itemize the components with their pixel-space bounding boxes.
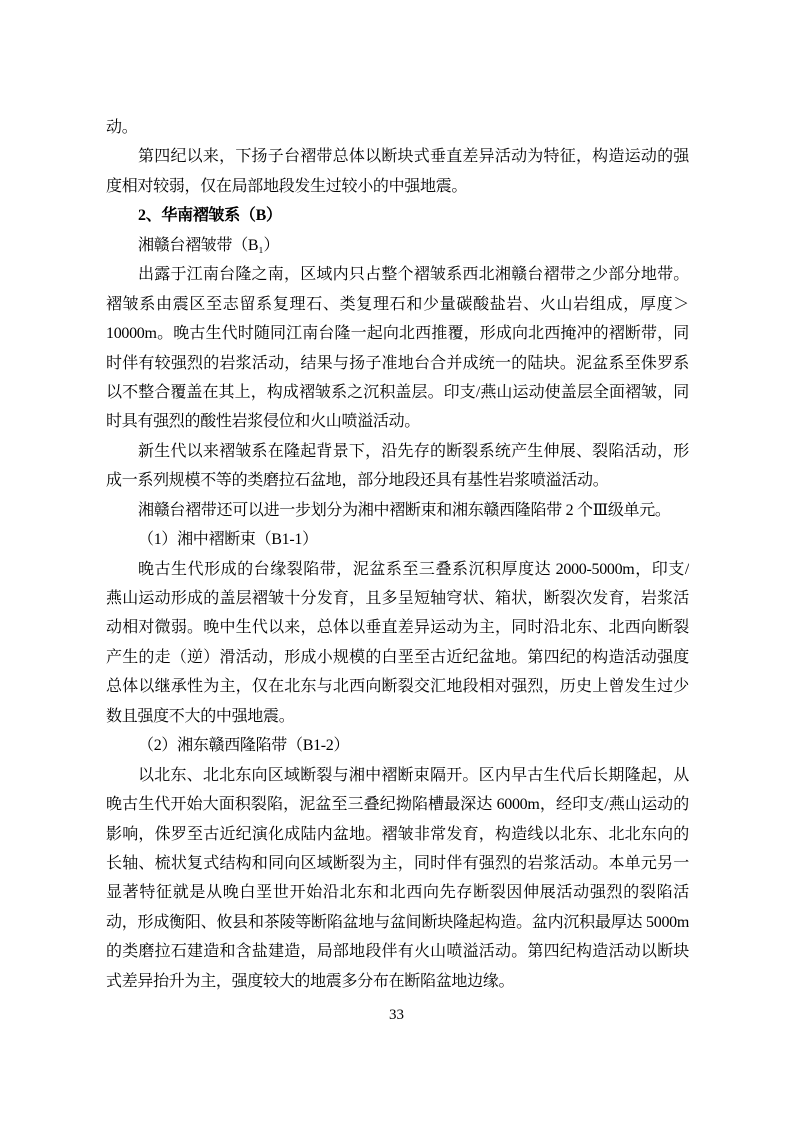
paragraph-p4: 出露于江南台隆之南，区域内只占整个褶皱系西北湘赣台褶带之少部分地带。褶皱系由震区…: [106, 260, 689, 437]
text-line: 湘赣台褶皱带（B₁）: [106, 231, 689, 260]
page-body-text: 动。第四纪以来，下扬子台褶带总体以断块式垂直差异活动为特征，构造运动的强度相对较…: [106, 113, 689, 996]
text-line: 动相对微弱。晚中生代以来，总体以垂直差异运动为主，同时沿北东、北西向断裂: [106, 613, 689, 642]
document-page: 动。第四纪以来，下扬子台褶带总体以断块式垂直差异活动为特征，构造运动的强度相对较…: [0, 0, 793, 1122]
text-line: 第四纪以来，下扬子台褶带总体以断块式垂直差异活动为特征，构造运动的强: [106, 142, 689, 171]
text-line: 数且强度不大的中强地震。: [106, 702, 689, 731]
text-line: 成一系列规模不等的类磨拉石盆地，部分地段还具有基性岩浆喷溢活动。: [106, 466, 689, 495]
text-line: 动。: [106, 113, 689, 142]
text-line: 出露于江南台隆之南，区域内只占整个褶皱系西北湘赣台褶带之少部分地带。: [106, 260, 689, 289]
paragraph-p8: 晚古生代形成的台缘裂陷带，泥盆系至三叠系沉积厚度达 2000-5000m，印支/…: [106, 555, 689, 732]
paragraph-p5: 新生代以来褶皱系在隆起背景下，沿先存的断裂系统产生伸展、裂陷活动，形成一系列规模…: [106, 437, 689, 496]
text-line: 褶皱系由震区至志留系复理石、类复理石和少量碳酸盐岩、火山岩组成，厚度＞: [106, 290, 689, 319]
text-line: 湘赣台褶带还可以进一步划分为湘中褶断束和湘东赣西隆陷带 2 个Ⅲ级单元。: [106, 496, 689, 525]
text-line: 度相对较弱，仅在局部地段发生过较小的中强地震。: [106, 172, 689, 201]
text-line: （1）湘中褶断束（B1-1）: [106, 525, 689, 554]
paragraph-p6: 湘赣台褶带还可以进一步划分为湘中褶断束和湘东赣西隆陷带 2 个Ⅲ级单元。: [106, 496, 689, 525]
text-line: 显著特征就是从晚白垩世开始沿北东和北西向先存断裂因伸展活动强烈的裂陷活: [106, 878, 689, 907]
paragraph-p7-sub1-title: （1）湘中褶断束（B1-1）: [106, 525, 689, 554]
text-line: 时伴有较强烈的岩浆活动，结果与扬子准地台合并成统一的陆块。泥盆系至侏罗系: [106, 349, 689, 378]
text-line: 2、华南褶皱系（B）: [106, 201, 689, 230]
text-line: 影响，侏罗至古近纪演化成陆内盆地。褶皱非常发育，构造线以北东、北北东向的: [106, 820, 689, 849]
page-number: 33: [0, 1007, 793, 1024]
text-line: 新生代以来褶皱系在隆起背景下，沿先存的断裂系统产生伸展、裂陷活动，形: [106, 437, 689, 466]
text-line: 晚古生代形成的台缘裂陷带，泥盆系至三叠系沉积厚度达 2000-5000m，印支/: [106, 555, 689, 584]
text-line: 总体以继承性为主，仅在北东与北西向断裂交汇地段相对强烈，历史上曾发生过少: [106, 672, 689, 701]
paragraph-p1-continuation: 动。: [106, 113, 689, 142]
paragraph-p10: 以北东、北北东向区域断裂与湘中褶断束隔开。区内早古生代后长期隆起，从晚古生代开始…: [106, 761, 689, 997]
text-line: 燕山运动形成的盖层褶皱十分发育，且多呈短轴穹状、箱状，断裂次发育，岩浆活: [106, 584, 689, 613]
text-line: 产生的走（逆）滑活动，形成小规模的白垩至古近纪盆地。第四纪的构造活动强度: [106, 643, 689, 672]
text-line: 动，形成衡阳、攸县和茶陵等断陷盆地与盆间断块隆起构造。盆内沉积最厚达 5000m: [106, 908, 689, 937]
text-line: 以不整合覆盖在其上，构成褶皱系之沉积盖层。印支/燕山运动使盖层全面褶皱，同: [106, 378, 689, 407]
paragraph-heading-huanan: 2、华南褶皱系（B）: [106, 201, 689, 230]
text-line: 以北东、北北东向区域断裂与湘中褶断束隔开。区内早古生代后长期隆起，从: [106, 761, 689, 790]
text-line: 晚古生代开始大面积裂陷，泥盆至三叠纪拗陷槽最深达 6000m，经印支/燕山运动的: [106, 790, 689, 819]
paragraph-p2: 第四纪以来，下扬子台褶带总体以断块式垂直差异活动为特征，构造运动的强度相对较弱，…: [106, 142, 689, 201]
text-line: （2）湘东赣西隆陷带（B1-2）: [106, 731, 689, 760]
paragraph-p3: 湘赣台褶皱带（B₁）: [106, 231, 689, 260]
text-line: 式差异抬升为主，强度较大的地震多分布在断陷盆地边缘。: [106, 967, 689, 996]
paragraph-p9-sub2-title: （2）湘东赣西隆陷带（B1-2）: [106, 731, 689, 760]
text-line: 10000m。晚古生代时随同江南台隆一起向北西推覆，形成向北西掩冲的褶断带，同: [106, 319, 689, 348]
text-line: 的类磨拉石建造和含盐建造，局部地段伴有火山喷溢活动。第四纪构造活动以断块: [106, 937, 689, 966]
text-line: 时具有强烈的酸性岩浆侵位和火山喷溢活动。: [106, 407, 689, 436]
text-line: 长轴、梳状复式结构和同向区域断裂为主，同时伴有强烈的岩浆活动。本单元另一: [106, 849, 689, 878]
